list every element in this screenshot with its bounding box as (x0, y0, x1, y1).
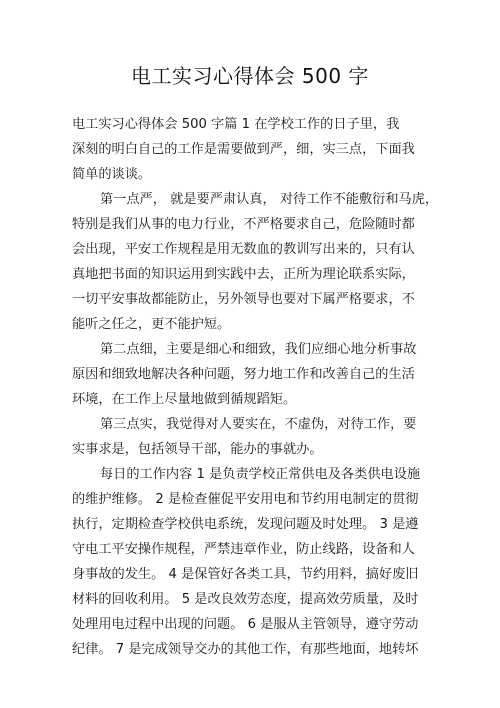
paragraph-line: 深刻的明白自己的工作是需要做到严，细，实三点，下面我 (72, 141, 415, 159)
document-title: 电工实习心得体会 500 字 (0, 62, 500, 90)
paragraph-line: 的维护维修。 2 是检查催促平安用电和节约用电制定的贯彻 (72, 491, 418, 509)
paragraph-line: 电工实习心得体会 500 字篇 1 在学校工作的日子里，我 (72, 116, 399, 134)
paragraph-line: 简单的谈谈。 (72, 166, 151, 184)
paragraph-line: 材料的回收利用。 5 是改良效劳态度，提高效劳质量，及时 (72, 591, 418, 609)
paragraph-line: 纪律。 7 是完成领导交办的其他工作，有那些地面，地转坏 (72, 641, 418, 659)
paragraph-line: 每日的工作内容 1 是负责学校正常供电及各类供电设施 (100, 466, 420, 484)
paragraph-line: 会出现，平安工作规程是用无数血的教训写出来的，只有认 (72, 241, 415, 259)
paragraph-line: 原因和细致地解决各种问题，努力地工作和改善自己的生活 (72, 366, 415, 384)
paragraph-line: 能听之任之，更不能护短。 (72, 316, 230, 334)
paragraph-line: 真地把书面的知识运用到实践中去，正所为理论联系实际， (72, 266, 415, 284)
paragraph-line: 第三点实，我觉得对人要实在，不虚伪，对待工作，要 (100, 416, 417, 434)
paragraph-line: 身事故的发生。 4 是保管好各类工具，节约用料，搞好废旧 (72, 566, 418, 584)
paragraph-line: 实事求是，包括领导干部，能办的事就办。 (72, 441, 323, 459)
paragraph-line: 一切平安事故都能防止，另外领导也要对下属严格要求，不 (72, 291, 415, 309)
paragraph-line: 特别是我们从事的电力行业，不严格要求自己，危险随时都 (72, 216, 415, 234)
paragraph-line: 执行，定期检查学校供电系统，发现问题及时处理。 3 是遵 (72, 516, 418, 534)
paragraph-line: 守电工平安操作规程，严禁违章作业，防止线路，设备和人 (72, 541, 415, 559)
paragraph-line: 处理用电过程中出现的问题。 6 是服从主管领导，遵守劳动 (72, 616, 418, 634)
paragraph-line: 环境，在工作上尽量地做到循规蹈矩。 (72, 391, 296, 409)
paragraph-line: 第二点细，主要是细心和细致，我们应细心地分析事故 (100, 341, 417, 359)
paragraph-line: 第一点严， 就是要严肃认真， 对待工作不能敷衍和马虎， (100, 191, 438, 209)
